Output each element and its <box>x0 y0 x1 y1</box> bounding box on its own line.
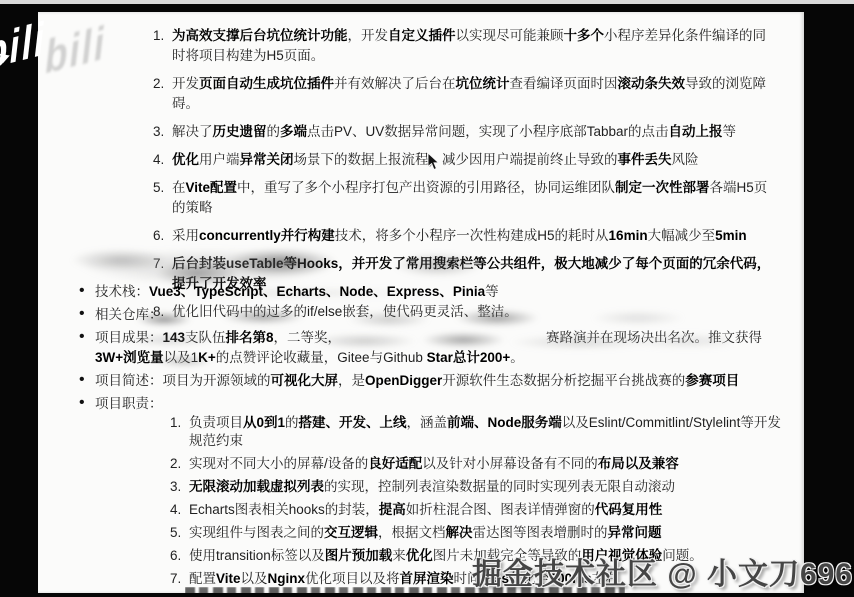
text-segment: 配置 <box>189 571 216 586</box>
text-segment: 以及 <box>241 571 268 586</box>
text-segment: 。 <box>510 350 524 365</box>
text-segment: Vite <box>216 571 241 586</box>
text-segment: 的 <box>285 415 299 430</box>
text-segment: 支队伍 <box>185 330 226 345</box>
text-segment: 技术栈： <box>95 284 149 299</box>
text-segment: Star总计200+ <box>427 350 511 365</box>
text-segment: 来 <box>392 548 406 563</box>
text-segment: 相关仓库： <box>95 307 163 322</box>
video-frame: 为高效支撑后台坑位统计功能，开发自定义插件以实现尽可能兼顾十多个小程序差异化条件… <box>0 0 854 597</box>
duty-item: 实现对不同大小的屏幕/设备的良好适配以及针对小屏幕设备有不同的布局以及兼容 <box>185 455 788 473</box>
text-segment: 大幅减少至 <box>648 228 716 243</box>
text-segment: 中，重写了多个小程序打包产出资源的引用路径，协同运维团队 <box>237 180 615 195</box>
text-segment: 143 <box>163 330 186 345</box>
meta-item: 相关仓库： <box>78 305 794 325</box>
duty-item: 负责项目从0到1的搭建、开发、上线，涵盖前端、Node服务端以及Eslint/C… <box>185 414 788 449</box>
text-segment: 为高效支撑后台坑位统计功能 <box>172 28 348 43</box>
text-segment: 技术，将多个小程序一次性构建成H5的耗时从 <box>335 228 609 243</box>
text-segment: 交互逻辑 <box>324 525 378 540</box>
task-item: 采用concurrently并行构建技术，将多个小程序一次性构建成H5的耗时从1… <box>168 226 772 246</box>
task-item: 为高效支撑后台坑位统计功能，开发自定义插件以实现尽可能兼顾十多个小程序差异化条件… <box>168 26 772 66</box>
text-segment: K+ <box>198 350 216 365</box>
text-segment: 良好适配 <box>368 456 422 471</box>
text-segment: 搭建、开发、上线 <box>299 415 407 430</box>
text-segment: 在 <box>172 180 186 195</box>
text-segment: 16min <box>609 228 648 243</box>
text-segment: 优化项目以及将 <box>305 571 400 586</box>
duty-item: 无限滚动加载虚拟列表的实现，控制列表渲染数据量的同时实现列表无限自动滚动 <box>185 478 788 496</box>
text-segment: Vite配置 <box>186 180 238 195</box>
text-segment: 可视化大屏 <box>271 373 339 388</box>
task-item: 在Vite配置中，重写了多个小程序打包产出资源的引用路径，协同运维团队制定一次性… <box>168 178 772 218</box>
community-watermark: 掘金技术社区 @ 小文刀696 <box>472 549 853 593</box>
text-segment: 无限滚动加载虚拟列表 <box>189 479 324 494</box>
text-segment: ，根据文档 <box>378 525 446 540</box>
text-segment: 首屏渲染 <box>400 571 454 586</box>
text-segment: 并有效解决了后台在 <box>334 76 456 91</box>
text-segment: 用户端 <box>199 152 240 167</box>
text-segment: 制定一次性部署 <box>615 180 710 195</box>
text-segment: 解决了 <box>172 124 213 139</box>
top-edge-strip <box>0 0 854 4</box>
text-segment: 开源软件生态数据分析挖掘平台挑战赛的 <box>442 373 685 388</box>
text-segment: 异常关闭 <box>240 152 294 167</box>
text-segment: 多端 <box>280 124 307 139</box>
task-item: 解决了历史遗留的多端点击PV、UV数据异常问题，实现了小程序底部Tabbar的点… <box>168 122 772 142</box>
text-segment: 以实现尽可能兼顾 <box>456 28 564 43</box>
text-segment: 解决 <box>446 525 473 540</box>
task-item: 优化用户端异常关闭场景下的数据上报流程，减少因用户端提前终止导致的事件丢失风险 <box>168 150 772 170</box>
text-segment: 等 <box>485 284 499 299</box>
text-segment: 采用 <box>172 228 199 243</box>
text-segment: 实现组件与图表之间的 <box>189 525 324 540</box>
text-segment: ，开发 <box>348 28 389 43</box>
text-segment: 参赛项目 <box>685 373 739 388</box>
text-segment: ，二等奖， <box>274 330 342 345</box>
text-segment: 项目职责： <box>95 396 163 411</box>
text-segment: 以及1 <box>164 350 199 365</box>
text-segment: 查看编译页面时因 <box>510 76 618 91</box>
text-segment: 开发 <box>172 76 199 91</box>
text-segment: ，是 <box>338 373 365 388</box>
text-segment: 场景下的数据上报流程，减少因用户端提前终止导致的 <box>294 152 618 167</box>
duty-item: 实现组件与图表之间的交互逻辑，根据文档解决雷达图等图表增删时的异常问题 <box>185 524 788 542</box>
text-segment: Echarts图表相关hooks的封装， <box>189 502 379 517</box>
text-segment: 异常问题 <box>608 525 662 540</box>
text-segment: Nginx <box>268 571 306 586</box>
text-segment: 事件丢失 <box>618 152 672 167</box>
text-segment: 前端、Node服务端 <box>447 415 562 430</box>
text-segment: 自定义插件 <box>388 28 456 43</box>
text-segment: 历史遗留 <box>213 124 267 139</box>
text-segment: 赛路演并在现场决出名次。推文获得 <box>546 330 762 345</box>
text-segment: 十多个 <box>564 28 605 43</box>
text-segment: concurrently并行构建 <box>199 228 335 243</box>
redacted-gap <box>341 341 546 342</box>
text-segment: 点击PV、UV数据异常问题，实现了小程序底部Tabbar的点击 <box>307 124 669 139</box>
text-segment: 3W+浏览量 <box>95 350 164 365</box>
task-item: 开发页面自动生成坑位插件并有效解决了后台在坑位统计查看编译页面时因滚动条失效导致… <box>168 74 772 114</box>
text-segment: 使用transition标签以及 <box>189 548 325 563</box>
meta-item: 项目职责： <box>78 394 794 414</box>
text-segment: 项目成果： <box>95 330 163 345</box>
text-segment: ，涵盖 <box>407 415 448 430</box>
text-segment: 布局以及兼容 <box>598 456 679 471</box>
text-segment: 从0到1 <box>243 415 285 430</box>
text-segment: OpenDigger <box>365 373 442 388</box>
text-segment: 提高 <box>379 502 406 517</box>
text-segment: 等 <box>723 124 737 139</box>
text-segment: 实现对不同大小的屏幕/设备的 <box>189 456 368 471</box>
text-segment: 坑位统计 <box>456 76 510 91</box>
text-segment: 的实现，控制列表渲染数据量的同时实现列表无限自动滚动 <box>324 479 675 494</box>
text-segment: 雷达图等图表增删时的 <box>473 525 608 540</box>
text-segment: 的点赞评论收藏量，Gitee与Github <box>216 350 427 365</box>
text-segment: 的 <box>267 124 281 139</box>
meta-item: 技术栈：Vue3、TypeScript、Echarts、Node、Express… <box>78 282 794 302</box>
text-segment: 滚动条失效 <box>618 76 686 91</box>
text-segment: 负责项目 <box>189 415 243 430</box>
text-segment: 排名第8 <box>226 330 274 345</box>
text-segment: 代码复用性 <box>595 502 663 517</box>
text-segment: 5min <box>715 228 747 243</box>
mouse-cursor-icon <box>427 152 442 171</box>
meta-item: 项目简述：项目为开源领域的可视化大屏，是OpenDigger开源软件生态数据分析… <box>78 371 794 391</box>
text-segment: 以及针对小屏幕设备有不同的 <box>422 456 598 471</box>
text-segment: 项目简述：项目为开源领域的 <box>95 373 271 388</box>
text-segment: 风险 <box>672 152 699 167</box>
text-segment: 自动上报 <box>669 124 723 139</box>
text-segment: 如折柱混合图、图表详情弹窗的 <box>406 502 595 517</box>
text-segment: 图片预加载 <box>325 548 393 563</box>
duty-item: Echarts图表相关hooks的封装，提高如折柱混合图、图表详情弹窗的代码复用… <box>185 501 788 519</box>
document-page: 为高效支撑后台坑位统计功能，开发自定义插件以实现尽可能兼顾十多个小程序差异化条件… <box>38 12 804 593</box>
text-segment: 优化 <box>406 548 433 563</box>
meta-item: 项目成果：143支队伍排名第8，二等奖，赛路演并在现场决出名次。推文获得3W+浏… <box>78 328 794 368</box>
text-segment: 优化 <box>172 152 199 167</box>
project-meta-list: 技术栈：Vue3、TypeScript、Echarts、Node、Express… <box>78 282 794 417</box>
text-segment: 页面自动生成坑位插件 <box>199 76 334 91</box>
text-segment: Vue3、TypeScript、Echarts、Node、Express、Pin… <box>149 284 485 299</box>
